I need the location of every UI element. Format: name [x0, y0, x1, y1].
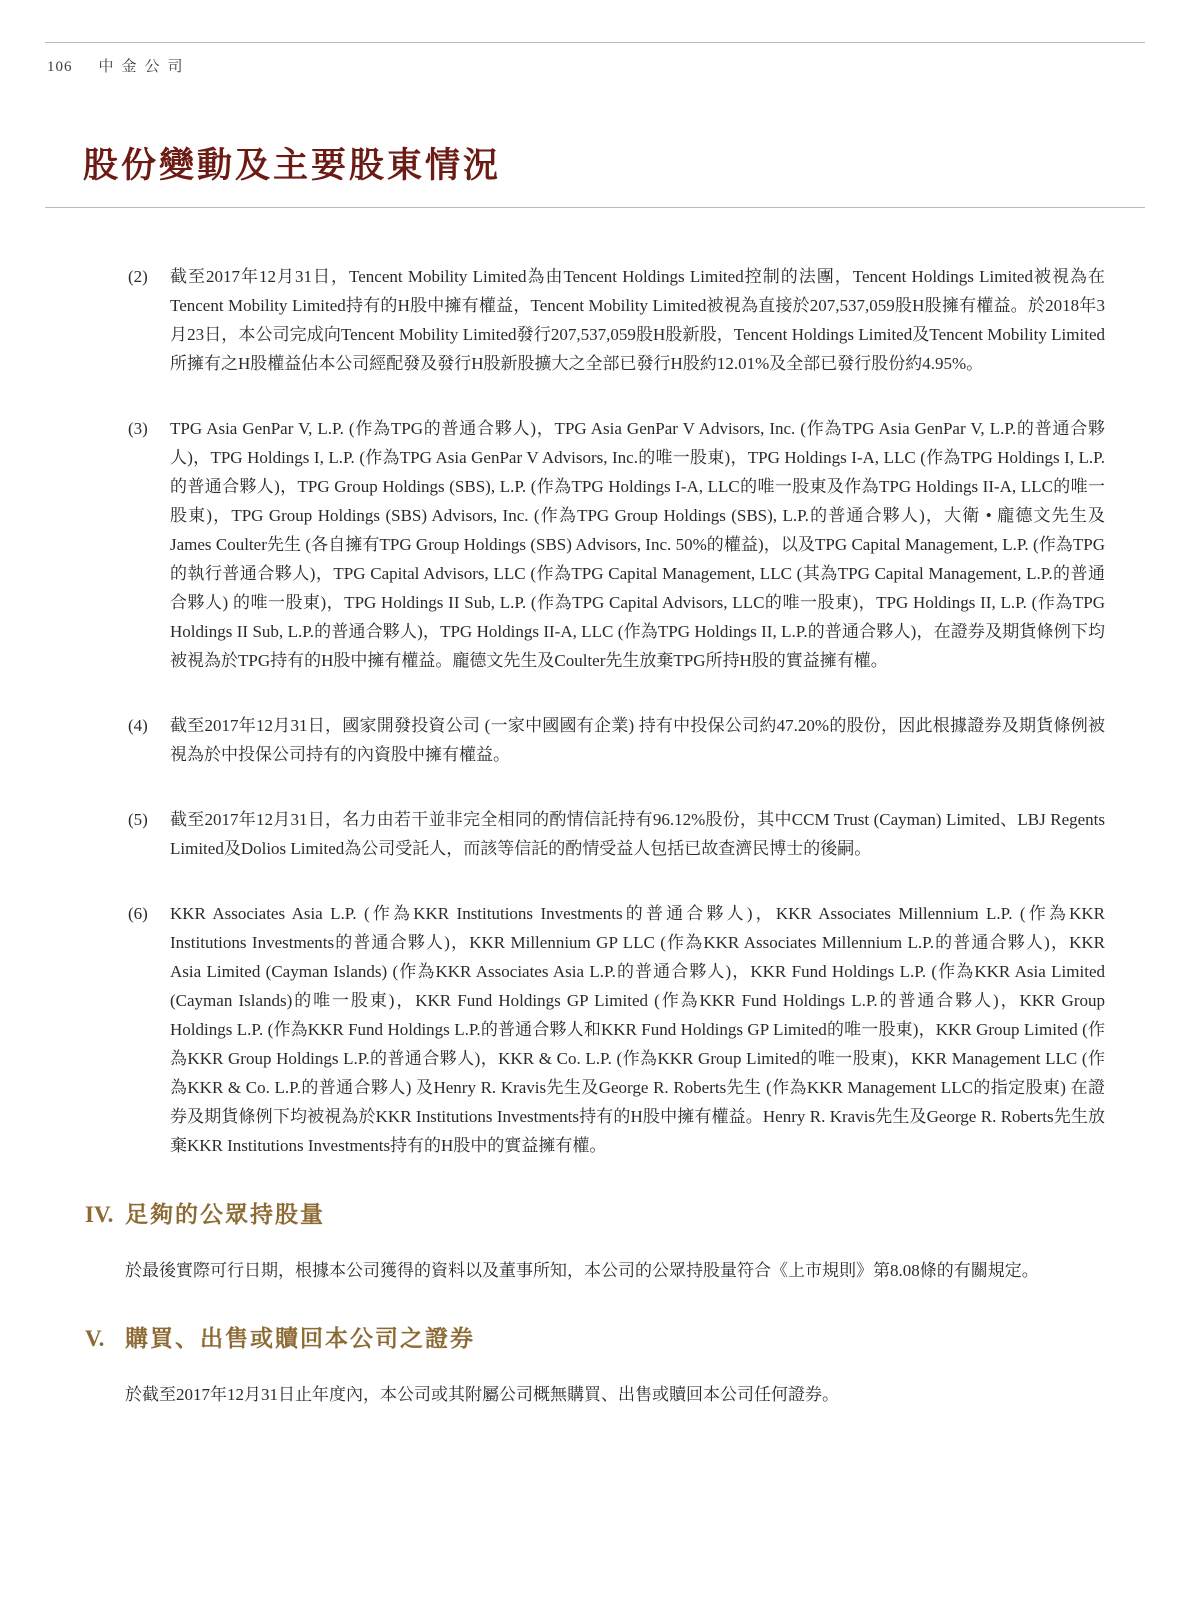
section-title: 購買、出售或贖回本公司之證券 — [125, 1320, 475, 1353]
note-text: 截至2017年12月31日，名力由若干並非完全相同的酌情信託持有96.12%股份… — [170, 805, 1105, 863]
document-page: 106中金公司 股份變動及主要股東情況 (2) 截至2017年12月31日，Te… — [0, 0, 1190, 1615]
note-item-6: (6) KKR Associates Asia L.P. (作為KKR Inst… — [128, 899, 1105, 1160]
note-text: 截至2017年12月31日，Tencent Mobility Limited為由… — [170, 262, 1105, 378]
note-number: (2) — [128, 262, 170, 378]
note-number: (4) — [128, 711, 170, 769]
notes-list: (2) 截至2017年12月31日，Tencent Mobility Limit… — [128, 262, 1105, 1160]
page-header: 106中金公司 — [47, 55, 191, 76]
section-public-float: IV. 足夠的公眾持股量 於最後實際可行日期，根據本公司獲得的資料以及董事所知，… — [85, 1196, 1105, 1286]
header-divider — [45, 42, 1145, 43]
sections: IV. 足夠的公眾持股量 於最後實際可行日期，根據本公司獲得的資料以及董事所知，… — [85, 1196, 1105, 1410]
section-heading-row: IV. 足夠的公眾持股量 — [85, 1196, 1105, 1229]
note-item-3: (3) TPG Asia GenPar V, L.P. (作為TPG的普通合夥人… — [128, 414, 1105, 675]
page-number: 106 — [47, 59, 73, 75]
note-number: (5) — [128, 805, 170, 863]
section-body: 於最後實際可行日期，根據本公司獲得的資料以及董事所知，本公司的公眾持股量符合《上… — [125, 1255, 1105, 1286]
note-text: KKR Associates Asia L.P. (作為KKR Institut… — [170, 899, 1105, 1160]
section-heading-row: V. 購買、出售或贖回本公司之證券 — [85, 1320, 1105, 1353]
section-purchase-sale-redemption: V. 購買、出售或贖回本公司之證券 於截至2017年12月31日止年度內，本公司… — [85, 1320, 1105, 1410]
section-body: 於截至2017年12月31日止年度內，本公司或其附屬公司概無購買、出售或贖回本公… — [125, 1379, 1105, 1410]
title-divider — [45, 207, 1145, 208]
note-text: TPG Asia GenPar V, L.P. (作為TPG的普通合夥人)，TP… — [170, 414, 1105, 675]
section-number: V. — [85, 1326, 125, 1352]
company-name: 中金公司 — [99, 59, 191, 75]
section-title: 足夠的公眾持股量 — [125, 1196, 325, 1229]
note-number: (3) — [128, 414, 170, 675]
note-item-5: (5) 截至2017年12月31日，名力由若干並非完全相同的酌情信託持有96.1… — [128, 805, 1105, 863]
note-item-2: (2) 截至2017年12月31日，Tencent Mobility Limit… — [128, 262, 1105, 378]
page-body: (2) 截至2017年12月31日，Tencent Mobility Limit… — [0, 262, 1190, 1444]
page-title: 股份變動及主要股東情況 — [83, 138, 501, 188]
note-text: 截至2017年12月31日，國家開發投資公司 (一家中國國有企業) 持有中投保公… — [170, 711, 1105, 769]
note-number: (6) — [128, 899, 170, 1160]
section-number: IV. — [85, 1202, 125, 1228]
note-item-4: (4) 截至2017年12月31日，國家開發投資公司 (一家中國國有企業) 持有… — [128, 711, 1105, 769]
